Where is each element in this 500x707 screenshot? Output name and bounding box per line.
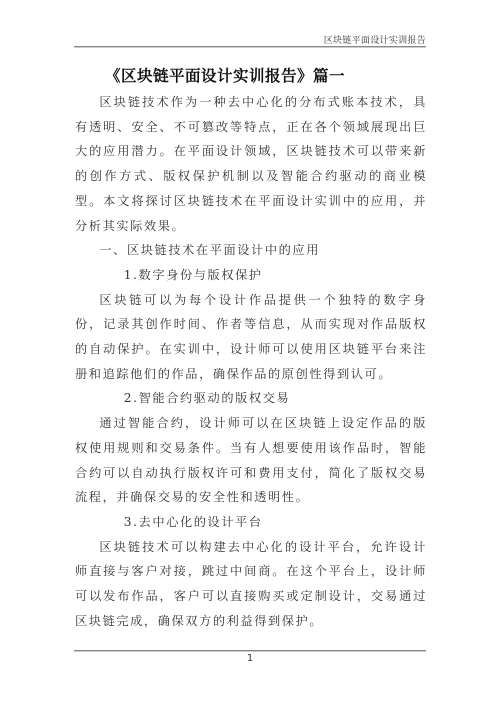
running-header-title: 区块链平面设计实训报告 [324,33,426,46]
page-number: 1 [0,653,500,664]
document-body: 区块链技术作为一种去中心化的分布式账本技术，具有透明、安全、不可篡改等特点，正在… [75,90,427,633]
subsection-paragraph-1: 区块链可以为每个设计作品提供一个独特的数字身份，记录其创作时间、作者等信息，从而… [75,288,427,387]
header-divider [74,46,426,47]
intro-paragraph: 区块链技术作为一种去中心化的分布式账本技术，具有透明、安全、不可篡改等特点，正在… [75,90,427,238]
subsection-paragraph-3: 区块链技术可以构建去中心化的设计平台，允许设计师直接与客户对接，跳过中间商。在这… [75,535,427,634]
subsection-heading-3: 3.去中心化的设计平台 [75,510,427,535]
footer-divider [74,650,426,651]
subsection-paragraph-2: 通过智能合约，设计师可以在区块链上设定作品的版权使用规则和交易条件。当有人想要使… [75,411,427,510]
subsection-heading-2: 2.智能合约驱动的版权交易 [75,386,427,411]
subsection-heading-1: 1.数字身份与版权保护 [75,263,427,288]
document-title: 《区块链平面设计实训报告》篇一 [105,64,345,86]
section-heading: 一、区块链技术在平面设计中的应用 [75,238,427,263]
